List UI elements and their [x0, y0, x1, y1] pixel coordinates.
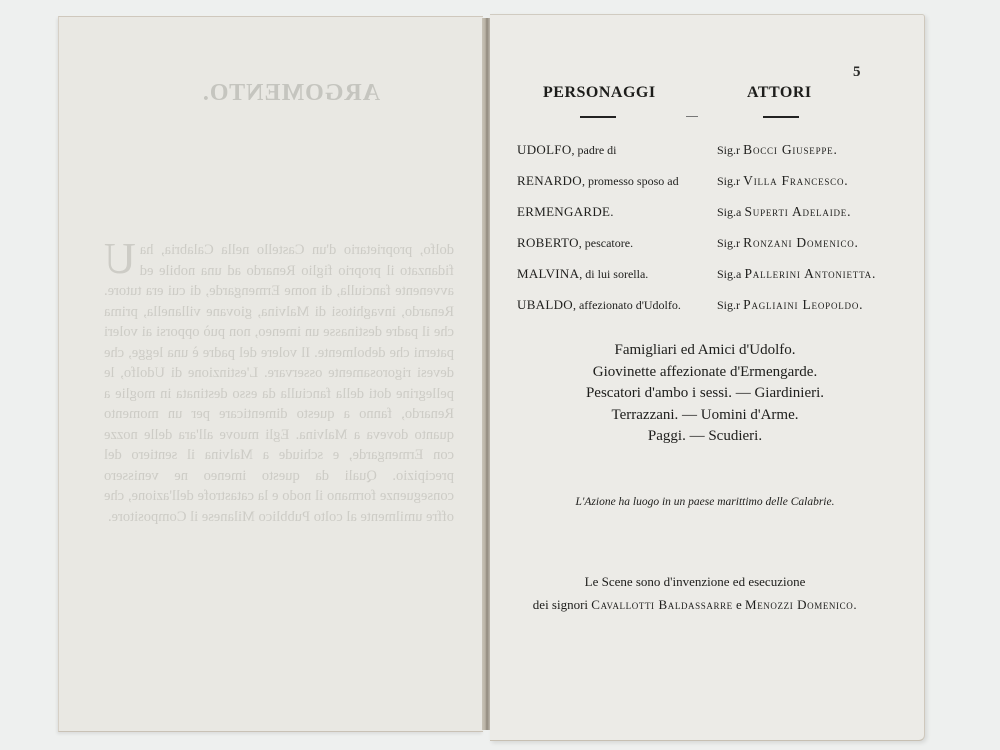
scenes-credit-line-2: dei signori Cavallotti Baldassarre e Men… — [510, 597, 880, 613]
cast-row: ERMENGARDE. Sig.a Superti Adelaide. — [517, 204, 877, 224]
character: RENARDO, promesso sposo ad — [517, 173, 679, 189]
scenes-credit-line-1: Le Scene sono d'invenzione ed esecuzione — [510, 574, 880, 590]
cast-row: ROBERTO, pescatore. Sig.r Ronzani Domeni… — [517, 235, 877, 255]
header-attori: ATTORI — [747, 84, 812, 102]
cast-row: UDOLFO, padre di Sig.r Bocci Giuseppe. — [517, 142, 877, 162]
cast-row: MALVINA, di lui sorella. Sig.a Pallerini… — [517, 266, 877, 286]
extras-list: Famigliari ed Amici d'Udolfo. Giovinette… — [520, 340, 890, 448]
extras-line: Famigliari ed Amici d'Udolfo. — [520, 340, 890, 362]
header-personaggi: PERSONAGGI — [543, 84, 656, 102]
character: MALVINA, di lui sorella. — [517, 266, 648, 282]
character: UBALDO, affezionato d'Udolfo. — [517, 297, 681, 313]
actor: Sig.r Bocci Giuseppe. — [717, 142, 838, 158]
cast-row: RENARDO, promesso sposo ad Sig.r Villa F… — [517, 173, 877, 193]
divider-rule — [763, 116, 799, 118]
extras-line: Terrazzani. — Uomini d'Arme. — [520, 405, 890, 427]
actor: Sig.r Ronzani Domenico. — [717, 235, 859, 251]
divider-rule — [580, 116, 616, 118]
cast-row: UBALDO, affezionato d'Udolfo. Sig.r Pagl… — [517, 297, 877, 317]
character: ROBERTO, pescatore. — [517, 235, 633, 251]
setting-note: L'Azione ha luogo in un paese marittimo … — [520, 496, 890, 508]
ghost-dropcap: U — [104, 240, 136, 278]
actor: Sig.a Pallerini Antonietta. — [717, 266, 876, 282]
extras-line: Giovinette affezionate d'Ermengarde. — [520, 362, 890, 384]
extras-line: Paggi. — Scudieri. — [520, 426, 890, 448]
divider-rule — [686, 116, 698, 117]
actor: Sig.a Superti Adelaide. — [717, 204, 851, 220]
actor: Sig.r Pagliaini Leopoldo. — [717, 297, 863, 313]
ghost-title-bleedthrough: ARGOMENTO. — [186, 80, 396, 107]
extras-line: Pescatori d'ambo i sessi. — Giardinieri. — [520, 383, 890, 405]
ghost-body-bleedthrough: Udolfo, proprietario d'un Castello nella… — [104, 240, 454, 527]
character: UDOLFO, padre di — [517, 142, 617, 158]
character: ERMENGARDE. — [517, 204, 614, 220]
actor: Sig.r Villa Francesco. — [717, 173, 848, 189]
ghost-paragraph: dolfo, proprietario d'un Castello nella … — [104, 242, 454, 525]
open-book: ARGOMENTO. Udolfo, proprietario d'un Cas… — [0, 0, 1000, 750]
page-number: 5 — [853, 64, 861, 81]
